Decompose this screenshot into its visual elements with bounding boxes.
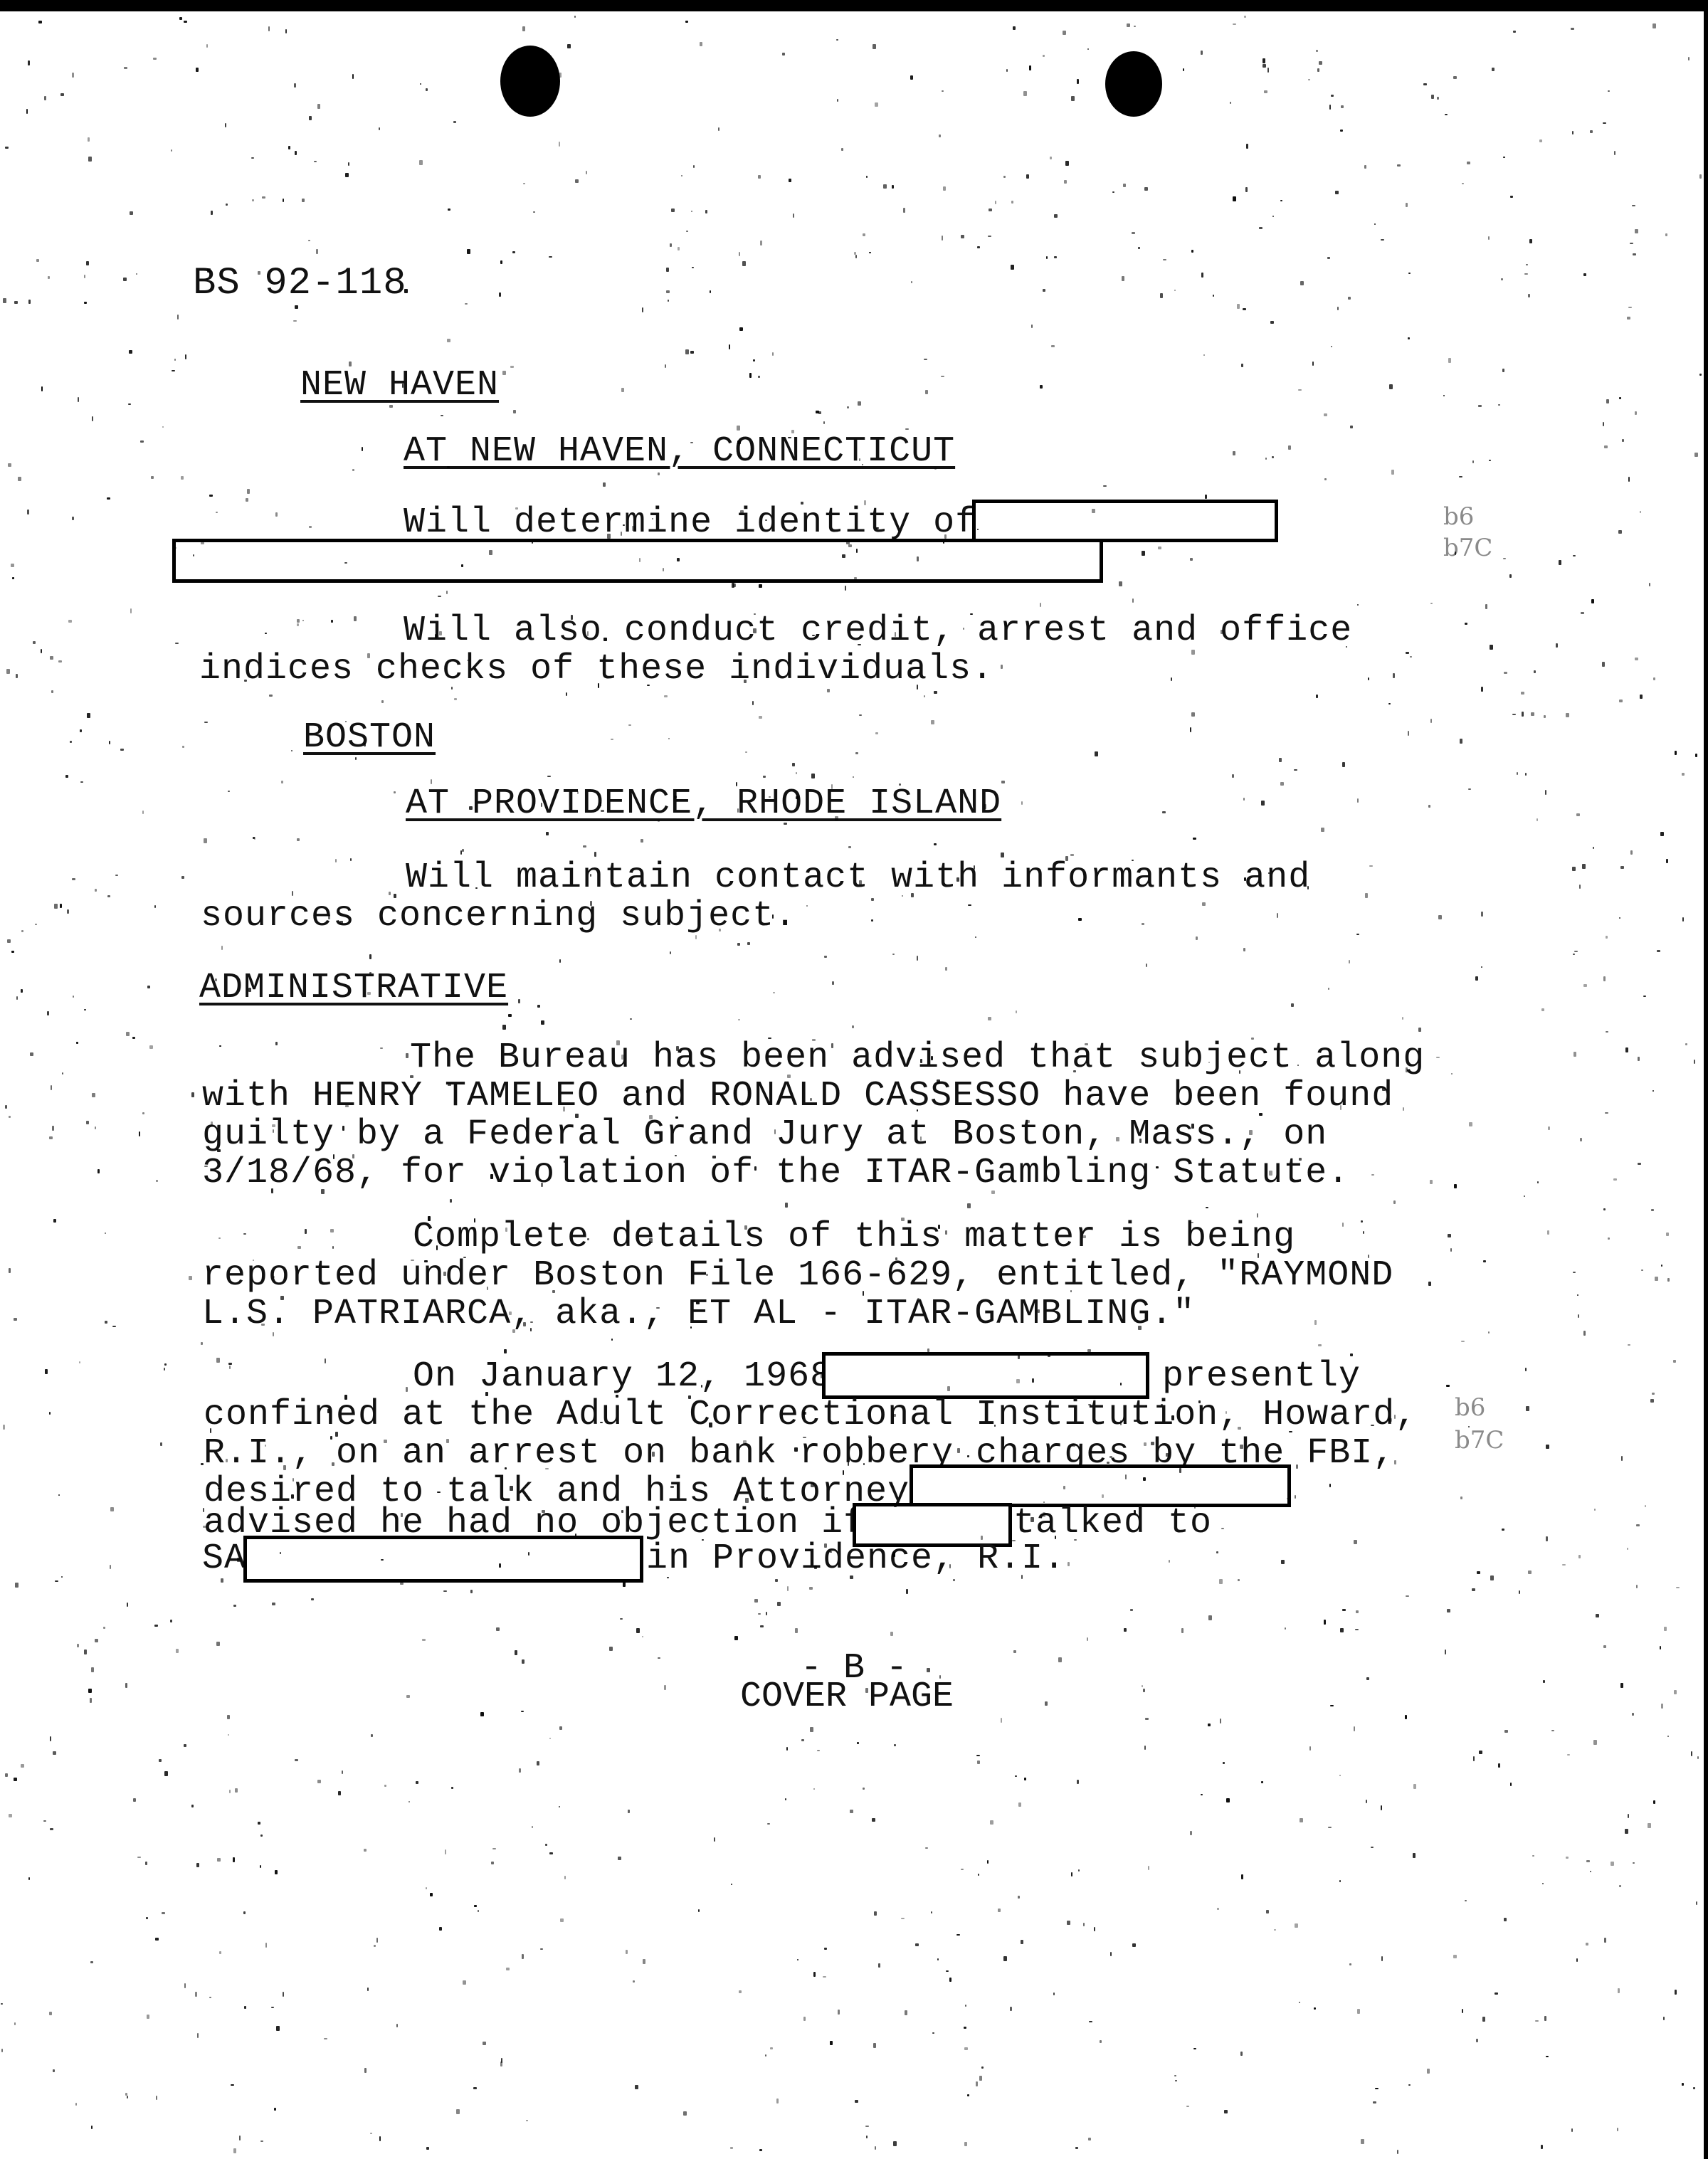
speck bbox=[252, 199, 254, 201]
speck bbox=[1606, 399, 1609, 403]
speck bbox=[931, 720, 934, 724]
speck bbox=[1512, 714, 1516, 715]
speck bbox=[941, 376, 944, 377]
speck bbox=[1120, 1420, 1122, 1425]
speck bbox=[1119, 581, 1122, 586]
speck bbox=[1606, 1031, 1608, 1033]
speck bbox=[1389, 384, 1393, 389]
speck bbox=[1357, 604, 1359, 606]
speck bbox=[1342, 1609, 1346, 1611]
speck bbox=[115, 875, 118, 876]
speck bbox=[824, 956, 827, 958]
speck bbox=[1524, 1195, 1525, 1197]
speck bbox=[642, 1636, 643, 1637]
speck bbox=[339, 921, 343, 924]
speck bbox=[1535, 2020, 1539, 2022]
paragraph-line: in Providence, R.I. bbox=[646, 1540, 1065, 1578]
speck bbox=[21, 989, 23, 993]
speck bbox=[470, 1590, 473, 1593]
speck bbox=[744, 680, 747, 683]
speck bbox=[532, 1826, 533, 1828]
speck bbox=[1573, 1272, 1576, 1273]
speck bbox=[737, 808, 739, 813]
speck bbox=[140, 440, 144, 443]
speck bbox=[288, 146, 290, 149]
file-number: BS 92-118 bbox=[193, 265, 407, 303]
speck bbox=[364, 1849, 367, 1852]
speck bbox=[932, 2032, 934, 2034]
speck bbox=[1648, 1823, 1651, 1828]
speck bbox=[742, 261, 746, 266]
speck bbox=[1144, 187, 1148, 191]
speck bbox=[640, 839, 643, 843]
speck bbox=[1382, 1087, 1386, 1091]
speck bbox=[1482, 2017, 1485, 2022]
speck bbox=[1127, 23, 1130, 27]
speck bbox=[86, 1121, 89, 1124]
speck bbox=[345, 173, 349, 177]
speck bbox=[1406, 652, 1409, 654]
speck bbox=[1298, 389, 1302, 391]
speck bbox=[895, 632, 896, 637]
speck bbox=[16, 674, 18, 678]
speck bbox=[297, 1246, 301, 1249]
speck bbox=[1296, 1464, 1298, 1469]
speck bbox=[201, 1463, 204, 1465]
speck bbox=[132, 1037, 135, 1039]
speck bbox=[120, 749, 124, 751]
speck bbox=[439, 631, 442, 635]
speck bbox=[835, 816, 838, 820]
speck bbox=[49, 1136, 53, 1139]
speck bbox=[1241, 364, 1243, 367]
speck bbox=[271, 2007, 274, 2008]
speck bbox=[1244, 877, 1246, 881]
speck bbox=[1605, 1112, 1608, 1114]
speck bbox=[76, 1042, 78, 1044]
speck bbox=[274, 2108, 276, 2111]
speck bbox=[743, 1440, 747, 1444]
speck bbox=[196, 68, 199, 72]
speck bbox=[253, 837, 255, 839]
speck bbox=[927, 1668, 930, 1672]
speck bbox=[50, 656, 53, 660]
speck bbox=[55, 1580, 58, 1582]
speck bbox=[1366, 1800, 1367, 1803]
speck bbox=[1142, 923, 1144, 925]
speck bbox=[963, 628, 964, 630]
speck bbox=[765, 2054, 766, 2057]
speck bbox=[3, 298, 6, 303]
speck bbox=[1314, 2007, 1316, 2010]
speck bbox=[221, 946, 223, 950]
speck bbox=[1619, 917, 1620, 919]
speck bbox=[1142, 551, 1145, 556]
speck bbox=[1630, 850, 1633, 855]
speck bbox=[981, 2066, 984, 2069]
speck bbox=[1151, 1442, 1154, 1445]
speck bbox=[1666, 859, 1668, 863]
speck bbox=[754, 1599, 758, 1603]
speck bbox=[11, 564, 14, 567]
speck bbox=[649, 1238, 653, 1243]
administrative-heading: ADMINISTRATIVE bbox=[199, 969, 508, 1008]
speck bbox=[1233, 196, 1236, 201]
speck bbox=[1012, 1540, 1016, 1541]
speck bbox=[1620, 1683, 1623, 1688]
speck bbox=[961, 235, 964, 238]
speck bbox=[48, 276, 50, 279]
speck bbox=[1193, 838, 1196, 840]
speck bbox=[379, 127, 380, 130]
speck bbox=[473, 2087, 477, 2089]
speck bbox=[1408, 337, 1410, 339]
speck bbox=[342, 1770, 343, 1774]
speck bbox=[685, 21, 688, 23]
speck bbox=[1092, 509, 1095, 513]
speck bbox=[1667, 1736, 1669, 1737]
speck bbox=[260, 1865, 261, 1868]
speck bbox=[740, 510, 744, 513]
speck bbox=[1402, 1017, 1403, 1020]
speck bbox=[196, 1863, 199, 1867]
speck bbox=[406, 1053, 408, 1058]
speck bbox=[463, 1257, 466, 1258]
speck bbox=[5, 1773, 8, 1777]
speck bbox=[549, 1852, 553, 1854]
speck bbox=[1067, 1562, 1070, 1566]
speck bbox=[1082, 1235, 1086, 1238]
speck bbox=[1258, 1253, 1259, 1258]
exemption-code-b6: b6 bbox=[1455, 1392, 1485, 1423]
speck bbox=[1583, 1331, 1586, 1336]
speck bbox=[316, 249, 318, 254]
speck bbox=[1450, 1248, 1452, 1252]
speck bbox=[184, 1983, 186, 1988]
speck bbox=[1074, 1464, 1077, 1467]
speck bbox=[203, 1526, 206, 1528]
speck bbox=[905, 428, 909, 430]
speck bbox=[451, 687, 453, 690]
speck bbox=[1123, 184, 1126, 187]
speck bbox=[803, 2017, 806, 2021]
speck bbox=[1330, 1705, 1334, 1706]
speck bbox=[1233, 23, 1236, 25]
speck bbox=[502, 371, 506, 375]
speck bbox=[1316, 50, 1318, 52]
speck bbox=[129, 350, 132, 354]
speck bbox=[1171, 1415, 1174, 1420]
speck bbox=[73, 996, 74, 998]
speck bbox=[559, 1806, 560, 1807]
speck bbox=[1024, 1778, 1026, 1780]
speck bbox=[500, 2062, 502, 2066]
speck bbox=[1636, 1585, 1638, 1588]
speck bbox=[1272, 216, 1274, 217]
speck bbox=[206, 278, 208, 280]
redaction-box bbox=[172, 539, 1103, 583]
speck bbox=[1591, 599, 1594, 603]
speck bbox=[215, 978, 217, 981]
speck bbox=[991, 1191, 995, 1194]
speck bbox=[379, 2136, 381, 2141]
speck bbox=[1393, 1200, 1396, 1204]
speck bbox=[574, 16, 576, 18]
speck bbox=[700, 1137, 702, 1141]
speck bbox=[873, 44, 876, 49]
speck bbox=[915, 1397, 919, 1398]
speck bbox=[1226, 1798, 1230, 1802]
speck bbox=[795, 1628, 798, 1633]
speck bbox=[463, 1980, 466, 1985]
speck bbox=[1001, 1718, 1002, 1723]
speck bbox=[127, 2096, 128, 2099]
speck bbox=[1269, 1171, 1272, 1176]
speck bbox=[269, 695, 273, 697]
speck bbox=[542, 1510, 545, 1513]
speck bbox=[797, 1959, 798, 1960]
speck bbox=[1331, 346, 1332, 347]
speck bbox=[1201, 51, 1203, 55]
speck bbox=[462, 849, 464, 852]
redaction-box bbox=[972, 500, 1278, 542]
speck bbox=[265, 1445, 266, 1447]
speck bbox=[540, 1948, 543, 1950]
speck bbox=[1183, 68, 1184, 71]
speck bbox=[60, 904, 62, 908]
speck bbox=[924, 695, 925, 697]
speck bbox=[28, 60, 30, 65]
speck bbox=[344, 1395, 347, 1400]
speck bbox=[291, 750, 292, 751]
speck bbox=[87, 713, 90, 718]
speck bbox=[273, 1332, 274, 1336]
speck bbox=[559, 1726, 562, 1730]
speck bbox=[1573, 555, 1576, 556]
speck bbox=[1321, 828, 1324, 832]
speck bbox=[526, 2120, 528, 2121]
speck bbox=[742, 1102, 744, 1104]
speck bbox=[350, 858, 352, 861]
speck bbox=[734, 1636, 738, 1640]
speck bbox=[1636, 1524, 1640, 1526]
speck bbox=[33, 641, 36, 644]
speck bbox=[1295, 1923, 1298, 1928]
speck bbox=[438, 596, 441, 597]
speck bbox=[228, 1734, 229, 1736]
speck bbox=[769, 796, 771, 798]
speck bbox=[1132, 232, 1135, 234]
speck bbox=[1309, 1746, 1311, 1751]
speck bbox=[774, 1129, 776, 1134]
speck bbox=[1531, 712, 1534, 716]
speck bbox=[1481, 687, 1483, 692]
speck bbox=[297, 619, 300, 623]
speck bbox=[453, 121, 456, 123]
speck bbox=[567, 44, 571, 48]
speck bbox=[292, 1478, 294, 1482]
speck bbox=[1279, 758, 1282, 762]
speck bbox=[221, 1578, 223, 1583]
speck bbox=[1640, 511, 1641, 513]
speck bbox=[369, 954, 371, 959]
speck bbox=[411, 1260, 414, 1261]
speck bbox=[1427, 2069, 1430, 2074]
speck bbox=[309, 526, 312, 528]
speck bbox=[522, 1954, 524, 1959]
speck bbox=[1413, 1784, 1416, 1789]
speck bbox=[247, 489, 250, 494]
speck bbox=[1408, 273, 1411, 274]
speck bbox=[1603, 976, 1606, 981]
speck bbox=[384, 1785, 386, 1787]
speck bbox=[1635, 229, 1638, 233]
speck bbox=[1699, 174, 1702, 179]
speck bbox=[621, 388, 624, 392]
speck bbox=[1021, 1575, 1023, 1579]
paragraph-line: indices checks of these individuals. bbox=[199, 650, 993, 689]
speck bbox=[327, 1409, 330, 1413]
speck bbox=[967, 1203, 971, 1208]
speck bbox=[91, 2126, 93, 2129]
speck bbox=[663, 568, 664, 571]
speck bbox=[678, 247, 680, 250]
speck bbox=[1477, 1571, 1480, 1574]
speck bbox=[775, 1579, 778, 1582]
speck bbox=[1438, 915, 1442, 919]
speck bbox=[945, 1230, 947, 1235]
speck bbox=[1175, 2080, 1177, 2081]
speck bbox=[54, 904, 58, 909]
speck bbox=[1521, 692, 1524, 695]
speck bbox=[295, 151, 297, 155]
speck bbox=[513, 410, 516, 413]
speck bbox=[1077, 1780, 1079, 1784]
speck bbox=[666, 290, 670, 293]
speck bbox=[1410, 656, 1412, 658]
speck bbox=[541, 803, 542, 807]
speck bbox=[52, 1126, 54, 1131]
speck bbox=[623, 1582, 626, 1587]
speck bbox=[1213, 295, 1214, 297]
speck bbox=[714, 1837, 715, 1842]
speck bbox=[1423, 83, 1427, 85]
speck bbox=[1261, 801, 1265, 806]
speck bbox=[338, 1791, 341, 1795]
speck bbox=[272, 1124, 275, 1127]
speck bbox=[448, 1084, 451, 1086]
speck bbox=[439, 1927, 442, 1931]
speck bbox=[737, 426, 740, 431]
speck bbox=[485, 1392, 488, 1396]
speck bbox=[1109, 1456, 1112, 1458]
speck bbox=[1536, 818, 1538, 821]
speck bbox=[1437, 97, 1439, 100]
speck bbox=[1666, 1232, 1669, 1236]
speck bbox=[1366, 1677, 1369, 1680]
speck bbox=[796, 772, 797, 774]
speck bbox=[586, 171, 587, 174]
speck bbox=[749, 373, 752, 378]
speck bbox=[970, 613, 973, 615]
speck bbox=[28, 300, 31, 304]
speck bbox=[1190, 727, 1191, 732]
speck bbox=[863, 233, 865, 236]
speck bbox=[1191, 1124, 1194, 1129]
speck bbox=[211, 211, 213, 215]
speck bbox=[233, 1605, 236, 1607]
speck bbox=[874, 1911, 877, 1916]
speck bbox=[1653, 1800, 1655, 1804]
speck bbox=[1067, 1921, 1070, 1925]
speck bbox=[1408, 2084, 1411, 2086]
speck bbox=[920, 1059, 922, 1063]
speck bbox=[1208, 1615, 1212, 1620]
speck bbox=[670, 243, 672, 247]
speck bbox=[1295, 1495, 1296, 1499]
speck bbox=[696, 1302, 700, 1304]
speck bbox=[1652, 1393, 1655, 1395]
speck bbox=[394, 791, 396, 793]
speck bbox=[977, 1761, 980, 1764]
speck bbox=[528, 1552, 529, 1556]
speck bbox=[1566, 713, 1569, 717]
speck bbox=[787, 1586, 789, 1591]
speck bbox=[868, 1435, 871, 1438]
speck bbox=[1196, 936, 1198, 940]
speck bbox=[204, 1166, 208, 1167]
speck bbox=[1469, 1122, 1472, 1126]
speck bbox=[90, 1961, 93, 1963]
speck bbox=[80, 729, 82, 732]
speck bbox=[182, 746, 184, 748]
speck bbox=[352, 1154, 354, 1158]
speck bbox=[404, 289, 408, 293]
speck bbox=[1257, 1213, 1258, 1218]
speck bbox=[1613, 1178, 1617, 1181]
speck bbox=[330, 1436, 332, 1440]
speck bbox=[424, 1260, 428, 1262]
speck bbox=[842, 554, 845, 558]
speck bbox=[1583, 984, 1587, 987]
speck bbox=[1628, 1344, 1630, 1346]
speck bbox=[1472, 460, 1474, 463]
speck bbox=[1697, 1756, 1699, 1759]
speck bbox=[855, 752, 858, 754]
speck bbox=[446, 591, 448, 594]
speck bbox=[1578, 1314, 1579, 1318]
speck bbox=[228, 1363, 232, 1365]
speck bbox=[354, 616, 357, 621]
speck bbox=[1580, 1138, 1582, 1141]
speck bbox=[810, 1727, 813, 1732]
speck bbox=[61, 1576, 63, 1578]
speck bbox=[170, 1620, 172, 1622]
speck bbox=[791, 430, 794, 433]
speck bbox=[1335, 191, 1339, 194]
speck bbox=[1160, 293, 1163, 298]
speck bbox=[1368, 1255, 1369, 1258]
speck bbox=[1447, 1609, 1450, 1612]
speck bbox=[367, 992, 371, 995]
speck bbox=[401, 1513, 403, 1517]
speck bbox=[1596, 1614, 1599, 1617]
speck bbox=[677, 558, 680, 561]
speck bbox=[681, 175, 682, 176]
speck bbox=[1361, 1220, 1363, 1223]
speck bbox=[235, 1788, 238, 1793]
speck bbox=[1297, 1065, 1299, 1066]
